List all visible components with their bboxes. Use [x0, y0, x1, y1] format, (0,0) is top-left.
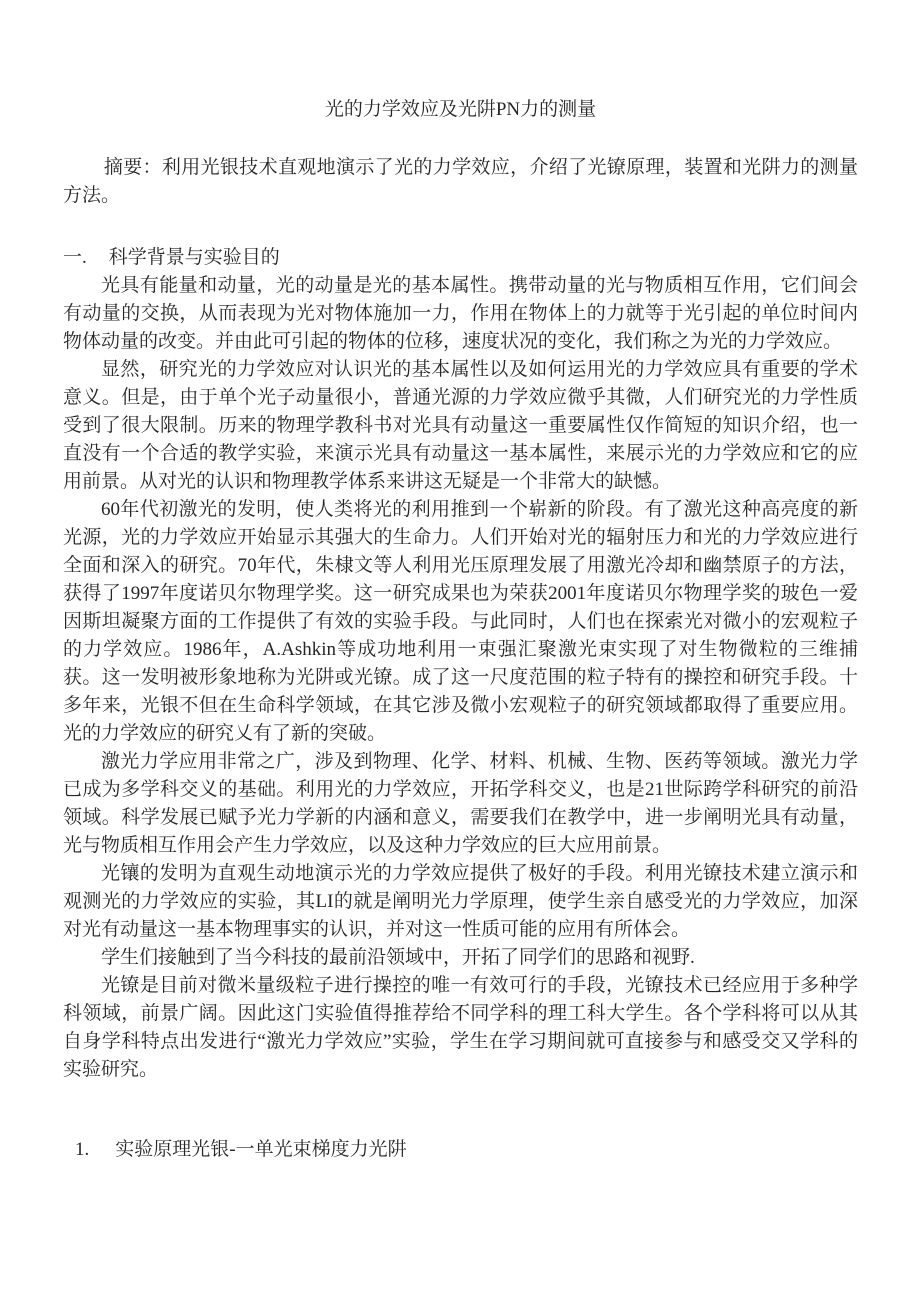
body-paragraph: 光镶的发明为直观生动地演示光的力学效应提供了极好的手段。利用光镣技术建立演示和观… [63, 860, 858, 944]
section-1-title: 科学背景与实验目的 [109, 244, 280, 272]
document-page: 光的力学效应及光阱PN力的测量 摘要：利用光银技术直观地演示了光的力学效应，介绍… [0, 0, 920, 1301]
abstract-paragraph: 摘要：利用光银技术直观地演示了光的力学效应，介绍了光镣原理，装置和光阱力的测量方… [63, 154, 858, 210]
document-title: 光的力学效应及光阱PN力的测量 [63, 96, 858, 124]
section-2-number: 1. [75, 1136, 89, 1164]
body-paragraph: 光具有能量和动量，光的动量是光的基本属性。携带动量的光与物质相互作用，它们间会有… [63, 272, 858, 356]
body-paragraph: 显然，研究光的力学效应对认识光的基本属性以及如何运用光的力学效应具有重要的学术意… [63, 356, 858, 496]
section-2-heading: 1. 实验原理光银-一单光束梯度力光阱 [63, 1136, 858, 1164]
body-paragraph: 光镣是目前对微米量级粒子进行操控的唯一有效可行的手段，光镣技术已经应用于多种学科… [63, 972, 858, 1084]
body-paragraph: 激光力学应用非常之广，涉及到物理、化学、材料、机械、生物、医药等领域。激光力学已… [63, 748, 858, 860]
body-paragraph: 学生们接触到了当今科技的最前沿领域中，开拓了同学们的思路和视野. [63, 944, 858, 972]
section-1-body: 光具有能量和动量，光的动量是光的基本属性。携带动量的光与物质相互作用，它们间会有… [63, 272, 858, 1084]
section-2-title: 实验原理光银-一单光束梯度力光阱 [115, 1136, 406, 1164]
body-paragraph: 60年代初激光的发明，使人类将光的利用推到一个崭新的阶段。有了激光这种高亮度的新… [63, 496, 858, 748]
section-1-number: 一. [63, 244, 87, 272]
section-1-heading: 一. 科学背景与实验目的 [63, 244, 858, 272]
